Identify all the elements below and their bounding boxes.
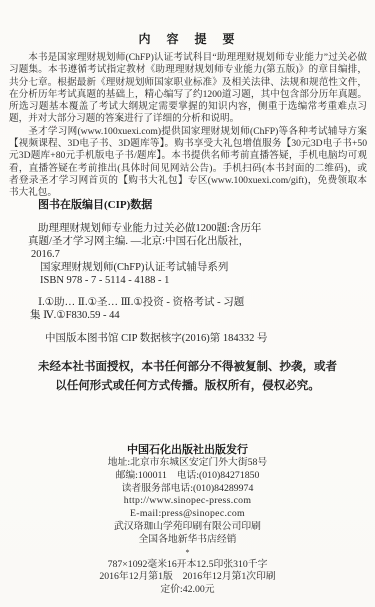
cip-bib-line-author-publisher: 真题/圣才学习网主编. —北京:中国石化出版社， (28, 235, 355, 248)
copyright-warning: 未经本社书面授权，本书任何部分不得被复制、抄袭，或者 以任何形式或任何方式传播。… (0, 358, 375, 395)
publisher-address: 地址:北京市东城区安定门外大街58号 (0, 457, 375, 470)
email-address: E-mail:press@sinopec.com (0, 508, 375, 521)
summary-paragraph-1: 本书是国家理财规划师(ChFP)认证考试科目“助理理财规划师专业能力”过关必做习… (9, 52, 367, 126)
book-price: 定价:42.00元 (0, 584, 375, 597)
warning-line-2: 以任何形式或任何方式传播。版权所有，侵权必究。 (0, 377, 375, 396)
reader-service-phone: 读者服务部电话:(010)84289974 (0, 483, 375, 496)
cip-section: 图书在版编目(CIP)数据 助理理财规划师专业能力过关必做1200题:含历年 真… (28, 199, 355, 345)
cip-classification-line-2: 集 Ⅳ.①F830.59 - 44 (28, 309, 355, 322)
book-format: 787×1092毫米16开本12.5印张310千字 (0, 559, 375, 572)
cip-classification-line-1: Ⅰ.①助… Ⅱ.①圣… Ⅲ.①投资 - 资格考试 - 习题 (28, 296, 355, 309)
cip-registration-number: 中国版本图书馆 CIP 数据核字(2016)第 184332 号 (28, 332, 355, 345)
book-copyright-page: 内 容 提 要 本书是国家理财规划师(ChFP)认证考试科目“助理理财规划师专业… (0, 0, 375, 607)
printer-name: 武汉珞珈山学苑印刷有限公司印刷 (0, 521, 375, 534)
warning-line-1: 未经本社书面授权，本书任何部分不得被复制、抄袭，或者 (0, 358, 375, 377)
summary-paragraph-2: 圣才学习网(www.100xuexi.com)提供国家理财规划师(ChFP)等各… (9, 126, 367, 200)
page-title: 内 容 提 要 (0, 30, 375, 47)
cip-bib-line-year: 2016.7 (28, 248, 355, 261)
postcode-phone: 邮编:100011 电话:(010)84271850 (0, 470, 375, 483)
cip-bib-line-series: 国家理财规划师(ChFP)认证考试辅导系列 (28, 261, 355, 274)
separator-star: * (0, 547, 375, 559)
website-url: http://www.sinopec-press.com (0, 495, 375, 508)
colophon: 中国石化出版社出版发行 地址:北京市东城区安定门外大街58号 邮编:100011… (0, 443, 375, 597)
cip-bib-line-title: 助理理财规划师专业能力过关必做1200题:含历年 (28, 222, 355, 235)
content-summary: 本书是国家理财规划师(ChFP)认证考试科目“助理理财规划师专业能力”过关必做习… (9, 52, 367, 200)
cip-bib-line-isbn: ISBN 978 - 7 - 5114 - 4188 - 1 (28, 274, 355, 287)
edition-printing: 2016年12月第1版 2016年12月第1次印刷 (0, 571, 375, 584)
distributor: 全国各地新华书店经销 (0, 534, 375, 547)
cip-heading: 图书在版编目(CIP)数据 (38, 199, 355, 212)
publisher-name: 中国石化出版社出版发行 (0, 443, 375, 457)
